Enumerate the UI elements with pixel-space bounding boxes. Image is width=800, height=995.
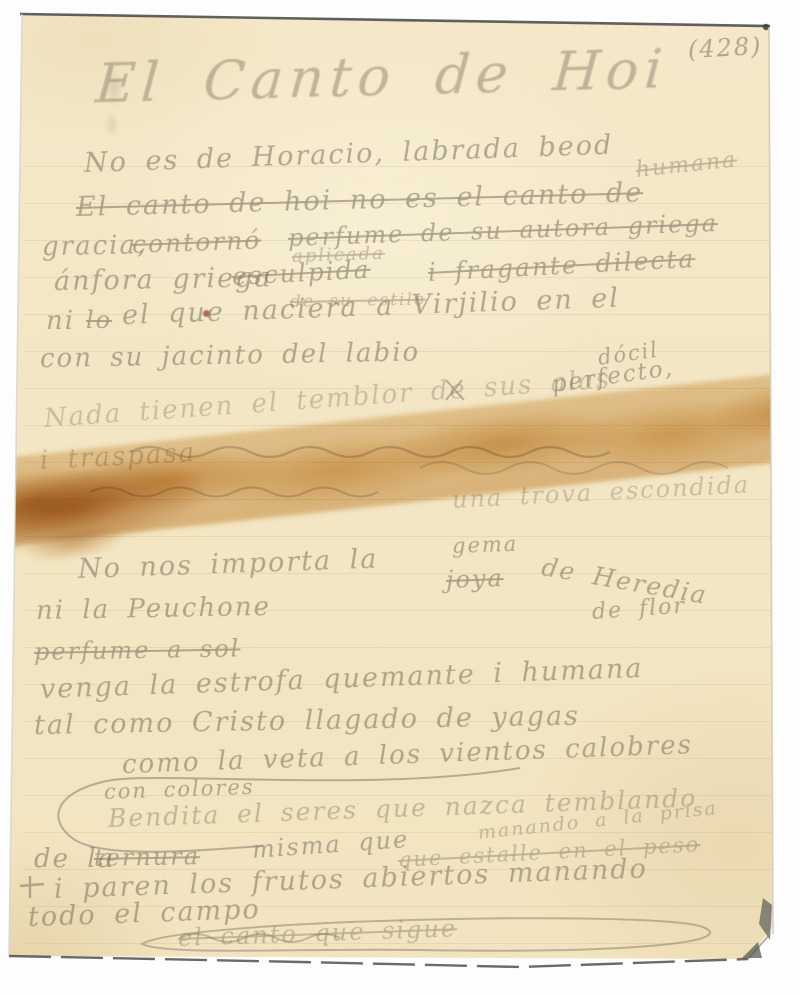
poem-title: El Canto de Hoi — [94, 37, 671, 115]
struck-word: lo — [86, 306, 112, 334]
page-number: (428) — [687, 32, 763, 64]
struck-word: ternura — [94, 842, 200, 872]
poem-line: ni — [46, 306, 75, 336]
struck-word: contornó — [131, 225, 261, 258]
poem-line: ni la Peuchone — [36, 592, 271, 626]
foxing-speck — [582, 12, 587, 17]
inserted-word: aplicada — [292, 243, 386, 267]
struck-word: perfume a sol — [34, 634, 241, 666]
paper-sheet: (428) El Canto de Hoi No es de Horacio, … — [0, 0, 800, 995]
inserted-word: gema — [452, 532, 519, 558]
struck-word: joya — [446, 564, 505, 594]
scanned-manuscript-page: (428) El Canto de Hoi No es de Horacio, … — [0, 0, 800, 995]
